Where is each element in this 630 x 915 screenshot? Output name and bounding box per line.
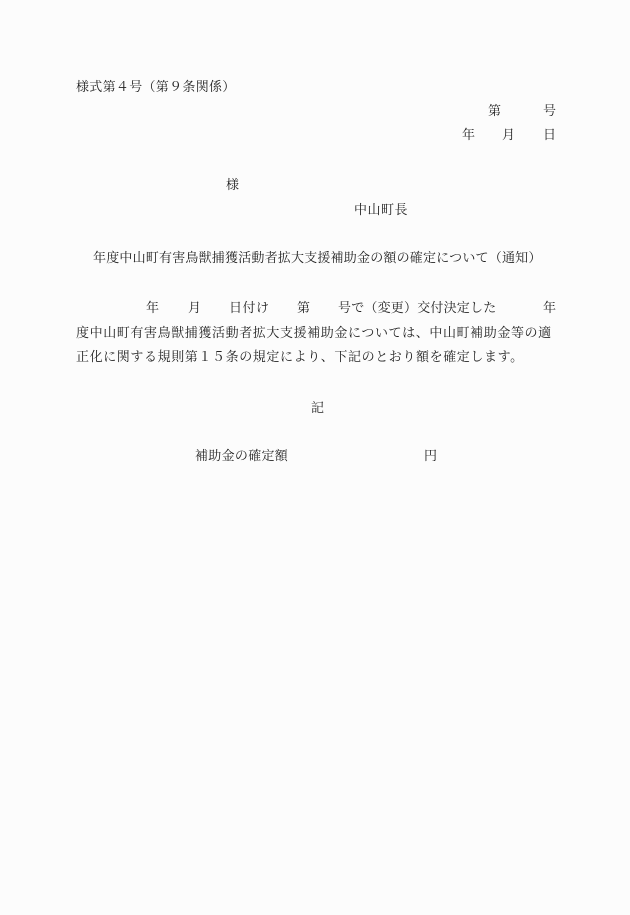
date-year: 年 bbox=[462, 128, 475, 144]
body-year: 年 bbox=[146, 301, 159, 317]
body-line-2: 度中山町有害鳥獣捕獲活動者拡大支援補助金については、中山町補助金等の適 bbox=[76, 326, 558, 342]
date-day: 日 bbox=[543, 128, 556, 144]
body-month: 月 bbox=[188, 301, 201, 317]
record-heading: 記 bbox=[311, 401, 324, 417]
document-title: 年度中山町有害鳥獣捕獲活動者拡大支援補助金の額の確定について（通知） bbox=[93, 251, 542, 267]
body-number-prefix: 第 bbox=[297, 301, 310, 317]
amount-label: 補助金の確定額 bbox=[195, 449, 288, 465]
body-day-dated: 日付け bbox=[229, 301, 270, 317]
amount-unit: 円 bbox=[424, 449, 437, 465]
body-year-2: 年 bbox=[543, 301, 556, 317]
sender-name: 中山町長 bbox=[354, 203, 408, 219]
form-number-label: 様式第４号（第９条関係） bbox=[76, 80, 236, 96]
document-number-suffix: 号 bbox=[543, 104, 556, 120]
body-line-3: 正化に関する規則第１５条の規定により、下記のとおり額を確定します。 bbox=[76, 350, 558, 366]
addressee-honorific: 様 bbox=[226, 178, 239, 194]
body-number-suffix-text: 号で（変更）交付決定した bbox=[338, 301, 496, 317]
document-number-prefix: 第 bbox=[488, 104, 501, 120]
date-month: 月 bbox=[502, 128, 515, 144]
